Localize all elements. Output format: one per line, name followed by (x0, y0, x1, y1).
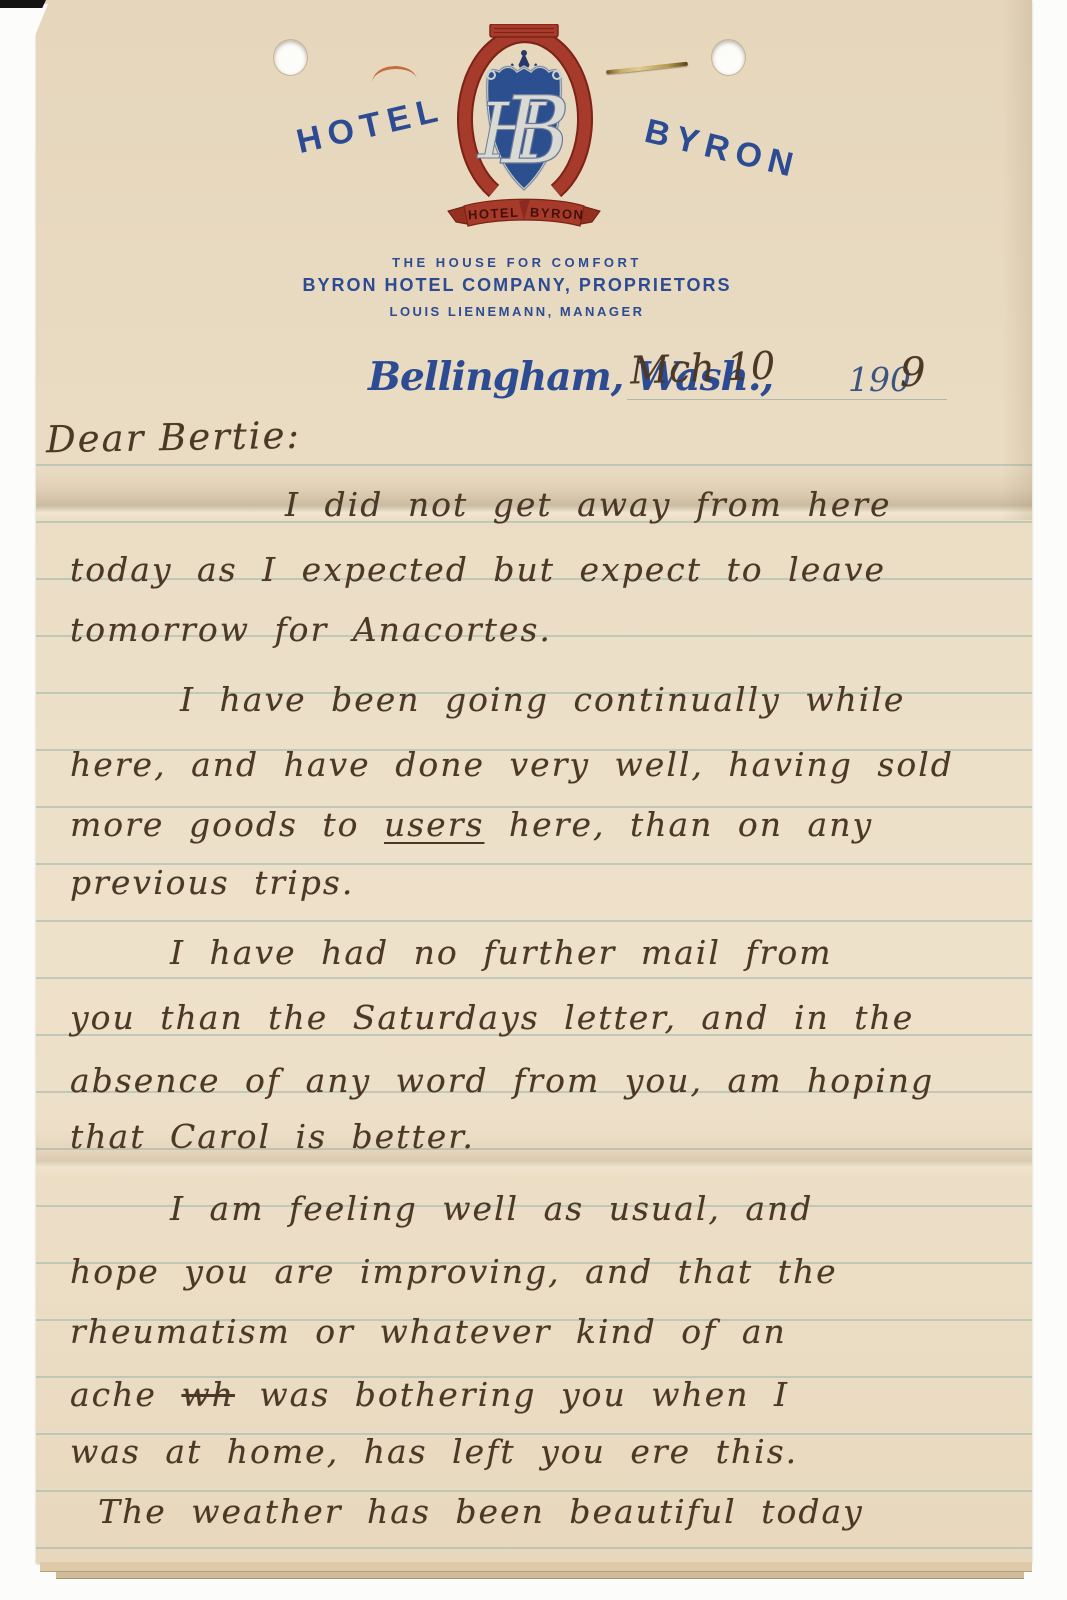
ribbon-text-hotel: HOTEL (468, 205, 520, 223)
handwritten-line: I have had no further mail from (170, 936, 833, 969)
punch-hole-left (274, 40, 307, 75)
handwritten-line: hope you are improving, and that the (70, 1255, 838, 1288)
handwritten-line: I am feeling well as usual, and (170, 1192, 813, 1225)
handwritten-text: rheumatism or whatever kind of an (70, 1312, 787, 1351)
stacked-page-edge (40, 1562, 1032, 1572)
handwritten-text: I have been going continually while (180, 680, 905, 719)
crest-monogram-b: B (499, 77, 570, 186)
handwritten-line: ache wh was bothering you when I (70, 1378, 789, 1411)
handwritten-text: I am feeling well as usual, and (170, 1189, 813, 1228)
handwritten-text: here, than on any (484, 805, 873, 844)
letterhead-tagline: THE HOUSE FOR COMFORT (217, 255, 817, 270)
struck-out-word: wh (181, 1375, 235, 1414)
letterhead-center-block: THE HOUSE FOR COMFORT BYRON HOTEL COMPAN… (217, 255, 817, 319)
paper-corner-cut (34, 4, 48, 38)
letterhead-company-line: BYRON HOTEL COMPANY, PROPRIETORS (217, 275, 817, 296)
dateline-date-handwritten: Mch 10 (629, 343, 776, 392)
handwritten-text: absence of any word from you, am hoping (70, 1061, 934, 1100)
handwritten-line: today as I expected but expect to leave (70, 553, 886, 586)
handwritten-text: I did not get away from here (285, 485, 892, 524)
handwritten-line: absence of any word from you, am hoping (70, 1064, 934, 1097)
handwritten-text: was bothering you when I (235, 1375, 789, 1414)
handwritten-text: was at home, has left you ere this. (70, 1432, 798, 1471)
handwritten-text: I have had no further mail from (170, 933, 833, 972)
scanned-letter: H B HOTEL BYRON HOTEL BYRON THE HOUSE FO… (0, 0, 1067, 1600)
handwritten-text: previous trips. (70, 863, 354, 902)
dateline-rule (627, 399, 947, 400)
ribbon-text-byron: BYRON (530, 205, 585, 223)
letterhead-manager-line: LOUIS LIENEMANN, MANAGER (217, 304, 817, 319)
punch-hole-right (712, 40, 745, 75)
handwritten-line: I have been going continually while (180, 683, 905, 716)
scan-corner-artifact (0, 0, 46, 8)
stacked-page-edge (56, 1572, 1024, 1579)
handwritten-text: hope you are improving, and that the (70, 1252, 838, 1291)
handwritten-line: tomorrow for Anacortes. (70, 613, 552, 646)
handwritten-line: you than the Saturdays letter, and in th… (70, 1001, 914, 1034)
salutation: Dear Bertie: (46, 414, 302, 461)
handwritten-line: was at home, has left you ere this. (70, 1435, 798, 1468)
handwritten-text: The weather has been beautiful today (98, 1492, 864, 1531)
underlined-word: users (384, 805, 484, 844)
handwritten-line: The weather has been beautiful today (98, 1495, 864, 1528)
handwritten-line: here, and have done very well, having so… (70, 748, 954, 781)
handwritten-text: that Carol is better. (70, 1117, 475, 1156)
handwritten-line: I did not get away from here (285, 488, 892, 521)
handwritten-text: here, and have done very well, having so… (70, 745, 954, 784)
handwritten-line: previous trips. (70, 866, 354, 899)
paper-edge-shadow (1002, 0, 1032, 520)
handwritten-line: more goods to users here, than on any (70, 808, 873, 841)
hotel-crest-logo: H B HOTEL BYRON (428, 24, 613, 236)
dateline-year-handwritten: 9 (900, 350, 925, 396)
handwritten-text: more goods to (70, 805, 384, 844)
horseshoe-top-plate (490, 24, 558, 37)
handwritten-line: rheumatism or whatever kind of an (70, 1315, 787, 1348)
ribbon-banner: HOTEL BYRON (448, 199, 600, 226)
handwritten-line: that Carol is better. (70, 1120, 475, 1153)
handwritten-text: you than the Saturdays letter, and in th… (70, 998, 914, 1037)
handwritten-text: today as I expected but expect to leave (70, 550, 886, 589)
handwritten-text: tomorrow for Anacortes. (70, 610, 552, 649)
handwritten-text: ache (70, 1375, 181, 1414)
